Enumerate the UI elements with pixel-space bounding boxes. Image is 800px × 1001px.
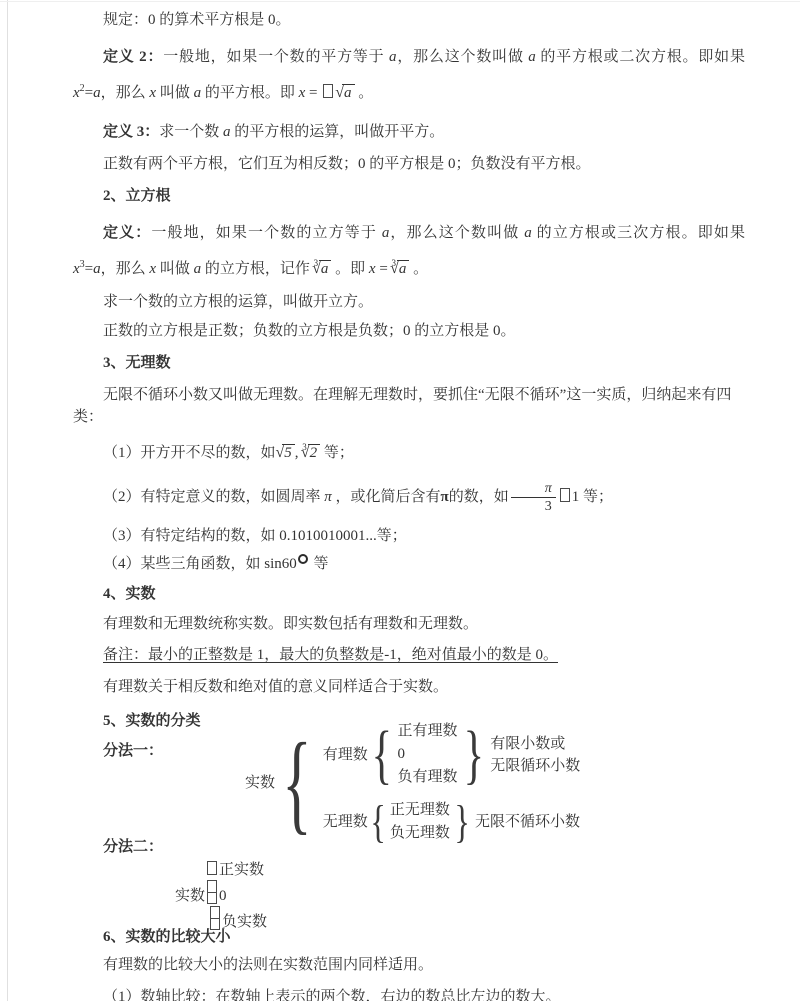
paragraph-cube-root-definition: 定义：一般地，如果一个数的立方等于 a，那么这个数叫做 a 的立方根或三次方根。…: [73, 215, 745, 287]
tree-branches: 有理数 { 正有理数 0 负有理数 } 有限小数或 无限循环小数: [321, 720, 580, 845]
classification-diagram-2-broken: 正实数 实数0 负实数: [73, 860, 745, 920]
missing-glyph-box: [207, 861, 217, 875]
list-item-3-structured-numbers: （3）有特定结构的数，如 0.1010010001...等；: [73, 525, 745, 547]
paragraph-comparison-rules: 有理数的比较大小的法则在实数范围内同样适用。: [73, 954, 745, 976]
math-equals: =: [85, 261, 93, 277]
radicand: 5: [282, 444, 295, 461]
text-segment: 正数的立方根是正数；负数的立方根是负数；0 的立方根是 0。: [103, 323, 516, 339]
list-item-2-pi-numbers: （2）有特定意义的数，如圆周率 π ，或化简后含有π的数，如π31 等；: [73, 480, 745, 515]
note-line: 有限小数或: [490, 733, 580, 755]
math-equals: =: [85, 85, 93, 101]
method-one-label: 分法一：: [103, 740, 163, 762]
irrational-items: 正无理数 负无理数: [386, 799, 454, 845]
text-segment: （1）开方开不尽的数，如: [103, 445, 276, 461]
missing-glyph-box-pair: [207, 880, 217, 904]
heading-text: 分法二：: [103, 839, 163, 855]
close-brace: }: [463, 722, 484, 788]
root-index: 3: [392, 258, 397, 268]
text-segment: 一般地，如果一个数的立方等于: [151, 225, 381, 241]
list-item-1-nonterminating-roots: （1）开方开不尽的数，如√5, 3√2 等；: [73, 440, 745, 466]
degree-circle-icon: [298, 554, 308, 564]
square-root-5: √5: [276, 445, 295, 461]
rational-item: 0: [397, 743, 457, 766]
classification-diagram-1: 分法一： 实数 { 有理数 { 正有理数 0 负有理数 }: [73, 732, 745, 836]
diagram2-line-positive: 正实数: [73, 860, 745, 880]
heading-text: 4、实数: [103, 586, 156, 602]
radicand: a: [342, 84, 355, 101]
heading-text: 3、无理数: [103, 355, 171, 371]
document-content: 规定：0 的算术平方根是 0。 定义 2：一般地，如果一个数的平方等于 a，那么…: [73, 0, 745, 1001]
text-segment: 等: [310, 556, 329, 572]
text-segment: 规定：0 的算术平方根是 0。: [103, 12, 291, 28]
text-segment: 叫做: [156, 85, 194, 101]
paragraph-square-root-signs: 正数有两个平方根，它们互为相反数；0 的平方根是 0；负数没有平方根。: [73, 153, 745, 175]
paragraph-remark-underlined: 备注：最小的正整数是 1，最大的负整数是-1，绝对值最小的数是 0。: [73, 644, 745, 666]
radicand: 2: [308, 444, 321, 461]
text-segment: 等；: [320, 445, 354, 461]
document-page: 规定：0 的算术平方根是 0。 定义 2：一般地，如果一个数的平方等于 a，那么…: [0, 0, 800, 1001]
text-segment: （2）有特定意义的数，如圆周率: [103, 489, 324, 505]
math-var-x: x: [369, 261, 376, 277]
text-segment: 的平方根的运算，叫做开平方。: [231, 124, 445, 140]
math-var-a: a: [524, 225, 532, 241]
missing-glyph-box-pair: [210, 906, 220, 930]
rational-label: 有理数: [323, 744, 368, 766]
paragraph-rule-zero: 规定：0 的算术平方根是 0。: [73, 9, 745, 31]
text-segment: 有理数和无理数统称实数。即实数包括有理数和无理数。: [103, 616, 478, 632]
text-segment: （3）有特定结构的数，如 0.1010010001...等；: [103, 528, 407, 544]
outer-open-brace: {: [282, 727, 312, 839]
missing-glyph-box: [323, 84, 333, 98]
math-pi: π: [324, 489, 332, 505]
rational-note: 有限小数或 无限循环小数: [485, 733, 580, 777]
open-brace: {: [371, 722, 392, 788]
text-segment: 的平方根。即: [201, 85, 299, 101]
text-segment: 的立方根，记作: [201, 261, 314, 277]
math-var-x: x: [73, 261, 80, 277]
list-item-4-trig-functions: （4）某些三角函数，如 sin60 等: [73, 553, 745, 575]
paragraph-cube-root-signs: 正数的立方根是正数；负数的立方根是负数；0 的立方根是 0。: [73, 320, 745, 342]
text-segment: 。: [355, 85, 374, 101]
rational-item: 正有理数: [397, 720, 457, 743]
math-var-a: a: [93, 85, 101, 101]
math-pi-bold: π: [441, 489, 449, 505]
missing-glyph-box: [560, 488, 570, 502]
cube-root-a: 3√a: [314, 261, 332, 277]
diagram2-text: 正实数: [219, 862, 264, 878]
fraction-numerator: π: [511, 480, 556, 497]
heading-real-numbers: 4、实数: [73, 583, 745, 605]
radicand: a: [319, 260, 332, 277]
definition-label: 定义：: [103, 225, 151, 241]
radicand: a: [397, 260, 410, 277]
paragraph-open-cube: 求一个数的立方根的运算，叫做开立方。: [73, 291, 745, 313]
heading-text: 5、实数的分类: [103, 713, 201, 729]
open-brace: {: [370, 799, 385, 845]
text-segment: 求一个数的立方根的运算，叫做开立方。: [103, 294, 373, 310]
rational-items: 正有理数 0 负有理数: [393, 720, 461, 789]
fraction-denominator: 3: [511, 497, 556, 515]
math-var-a: a: [194, 261, 202, 277]
heading-text: 6、实数的比较大小: [103, 929, 231, 945]
math-var-a: a: [93, 261, 101, 277]
note-line: 无限循环小数: [490, 755, 580, 777]
text-segment: 叫做: [156, 261, 194, 277]
paragraph-real-numbers-definition: 有理数和无理数统称实数。即实数包括有理数和无理数。: [73, 613, 745, 635]
paragraph-irrational-intro: 无限不循环小数又叫做无理数。在理解无理数时，要抓住“无限不循环”这一实质，归纳起…: [73, 384, 745, 428]
math-var-a: a: [194, 85, 202, 101]
fraction-pi-over-3: π3: [511, 480, 556, 515]
diagram2-text: 实数: [175, 888, 205, 904]
text-segment: （4）某些三角函数，如 sin60: [103, 556, 297, 572]
root-index: 3: [302, 442, 307, 452]
text-segment: 正数有两个平方根，它们互为相反数；0 的平方根是 0；负数没有平方根。: [103, 156, 591, 172]
page-left-edge: [7, 0, 8, 1001]
paragraph-definition-3: 定义 3：求一个数 a 的平方根的运算，叫做开平方。: [73, 121, 745, 143]
text-segment: 有理数关于相反数和绝对值的意义同样适合于实数。: [103, 679, 448, 695]
text-segment: 1 等；: [572, 489, 613, 505]
irrational-label: 无理数: [323, 811, 368, 833]
paragraph-definition-2: 定义 2：一般地，如果一个数的平方等于 a，那么这个数叫做 a 的平方根或二次方…: [73, 39, 745, 111]
square-root-a: √a: [335, 85, 354, 101]
cube-root-2: 3√2: [302, 445, 320, 461]
text-segment: 。: [409, 261, 428, 277]
tree-root-label: 实数: [245, 772, 275, 794]
text-segment: ，那么这个数叫做: [397, 49, 529, 65]
math-var-a: a: [528, 49, 536, 65]
diagram2-text: 0: [219, 888, 227, 904]
text-segment: ，那么: [101, 261, 150, 277]
definition-2-label: 定义 2：: [103, 49, 163, 65]
rational-item: 负有理数: [397, 766, 457, 789]
diagram2-line-root: 实数0: [73, 880, 745, 906]
real-number-tree: 实数 { 有理数 { 正有理数 0 负有理数 } 有限小数或: [245, 720, 580, 845]
math-equals: =: [305, 85, 321, 101]
definition-3-label: 定义 3：: [103, 124, 159, 140]
heading-comparing-real-numbers: 6、实数的比较大小: [73, 926, 745, 948]
text-segment: 的平方根或二次方根。即如果: [536, 49, 745, 65]
math-var-a: a: [389, 49, 397, 65]
math-var-a: a: [223, 124, 231, 140]
text-segment: 有理数的比较大小的法则在实数范围内同样适用。: [103, 957, 433, 973]
irrational-item: 负无理数: [390, 822, 450, 845]
cube-root-a: 3√a: [392, 261, 410, 277]
text-segment: ，或化简后含有: [332, 489, 441, 505]
text-segment: （1）数轴比较：在数轴上表示的两个数，右边的数总比左边的数大。: [103, 989, 561, 1001]
root-index: 3: [314, 258, 319, 268]
text-segment: 无限不循环小数又叫做无理数。在理解无理数时，要抓住“无限不循环”这一实质，归纳起…: [73, 387, 731, 425]
text-segment: 的立方根或三次方根。即如果: [532, 225, 745, 241]
text-segment: 一般地，如果一个数的平方等于: [163, 49, 389, 65]
irrational-branch: 无理数 { 正无理数 负无理数 } 无限不循环小数: [321, 799, 580, 845]
text-segment: ，那么: [101, 85, 150, 101]
heading-irrational-numbers: 3、无理数: [73, 352, 745, 374]
paragraph-opposites-absolute-value: 有理数关于相反数和绝对值的意义同样适合于实数。: [73, 676, 745, 698]
close-brace: }: [454, 799, 469, 845]
remark-underlined-text: 备注：最小的正整数是 1，最大的负整数是-1，绝对值最小的数是 0。: [103, 647, 558, 663]
text-segment: ，那么这个数叫做: [389, 225, 524, 241]
text-segment: 。即: [331, 261, 369, 277]
irrational-item: 正无理数: [390, 799, 450, 822]
irrational-note: 无限不循环小数: [470, 811, 580, 833]
list-item-number-line-comparison: （1）数轴比较：在数轴上表示的两个数，右边的数总比左边的数大。: [73, 986, 745, 1001]
rational-branch: 有理数 { 正有理数 0 负有理数 } 有限小数或 无限循环小数: [321, 720, 580, 789]
text-segment: 的数，如: [449, 489, 509, 505]
heading-cube-root: 2、立方根: [73, 185, 745, 207]
math-var-x: x: [73, 85, 80, 101]
text-segment: 求一个数: [159, 124, 223, 140]
heading-text: 2、立方根: [103, 188, 171, 204]
